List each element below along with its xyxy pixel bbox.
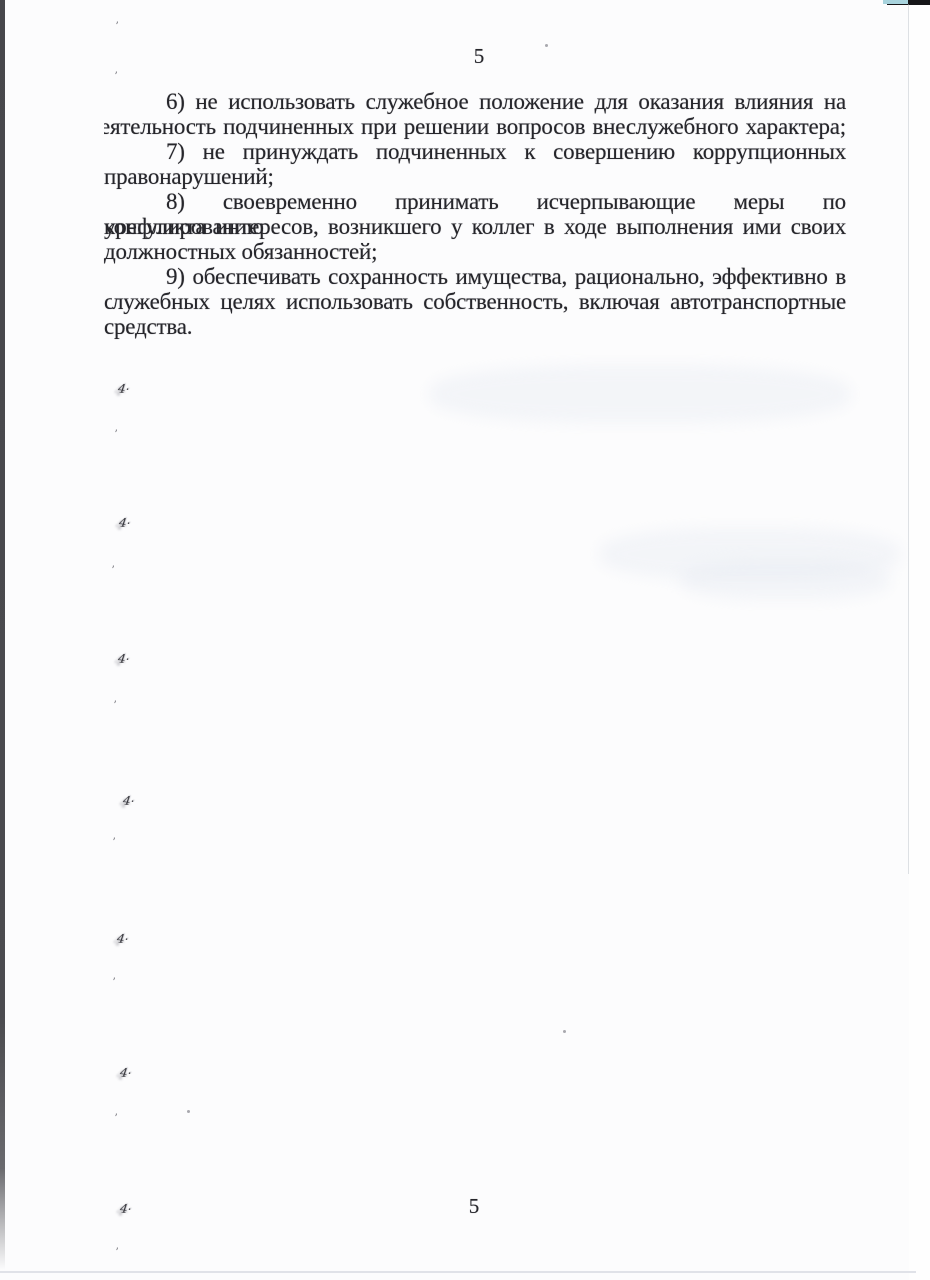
scan-artifact-tick: ʼ (115, 20, 119, 33)
page-number-top: 5 (474, 44, 485, 69)
scan-fold-line (908, 4, 909, 874)
text-line-item-8-cont: конфликта интересов, возникшего у коллег… (104, 214, 846, 239)
text-line-item-6: 6) не использовать служебное положение д… (104, 89, 846, 114)
scan-artifact-cluster: 4· (117, 651, 130, 666)
scan-artifact-tick: ʼ (111, 564, 115, 577)
scanned-document: { "page": { "top_page_number": "5", "bot… (0, 0, 930, 1280)
scan-artifact-smudge (430, 365, 850, 423)
scan-edge-top-cyan (883, 0, 908, 4)
text-line-item-7-cont: правонарушений; (104, 164, 846, 189)
text-line-item-7: 7) не принуждать подчиненных к совершени… (104, 139, 846, 164)
scan-artifact-cluster: 4· (118, 515, 131, 530)
scan-artifact-tick: ʼ (114, 1112, 118, 1125)
scan-artifact-cluster: 4· (117, 381, 130, 396)
scan-artifact-tick: ʼ (115, 1246, 119, 1259)
text-line-item-9-cont: служебных целях использовать собственнос… (104, 289, 846, 314)
text-line-fragment: лужебных целях использовать собственност… (112, 289, 846, 314)
text-line-item-9-end: средства. (104, 314, 846, 339)
page-bottom-shadow (0, 1271, 916, 1273)
text-line-item-6-cont: деятельность подчиненных при решении воп… (104, 114, 846, 139)
scan-artifact-cluster: 4· (116, 931, 129, 946)
scanned-page: 5 6) не использовать служебное положение… (0, 0, 930, 1280)
scan-edge-left (0, 0, 5, 1270)
scan-artifact-smudge (600, 528, 900, 580)
text-line-item-8: 8) своевременно принимать исчерпывающие … (104, 189, 846, 214)
clipped-edge-chars: с (104, 289, 112, 314)
text-line-item-8-end: должностных обязанностей; (104, 239, 846, 264)
scan-artifact-speck (545, 44, 548, 47)
scan-artifact-tick: ʼ (112, 836, 116, 849)
scan-right-margin (909, 0, 930, 1280)
scan-artifact-tick: ʼ (112, 976, 116, 989)
scan-artifact-smudge (680, 560, 890, 600)
text-line-fragment: ятельность подчиненных при решении вопро… (110, 114, 846, 139)
scan-artifact-tick: ʼ (114, 70, 118, 83)
page-number-bottom: 5 (469, 1194, 480, 1219)
scan-artifact-tick: ʼ (113, 699, 117, 712)
scan-artifact-cluster: 4· (122, 793, 135, 808)
text-line-item-9: 9) обеспечивать сохранность имущества, р… (104, 264, 846, 289)
scan-artifact-speck (187, 1110, 190, 1113)
document-body: 6) не использовать служебное положение д… (104, 89, 846, 339)
scan-artifact-cluster: 4· (119, 1065, 132, 1080)
scan-artifact-cluster: 4· (119, 1201, 132, 1216)
scan-artifact-speck (563, 1030, 566, 1033)
scan-artifact-tick: ʼ (114, 428, 118, 441)
